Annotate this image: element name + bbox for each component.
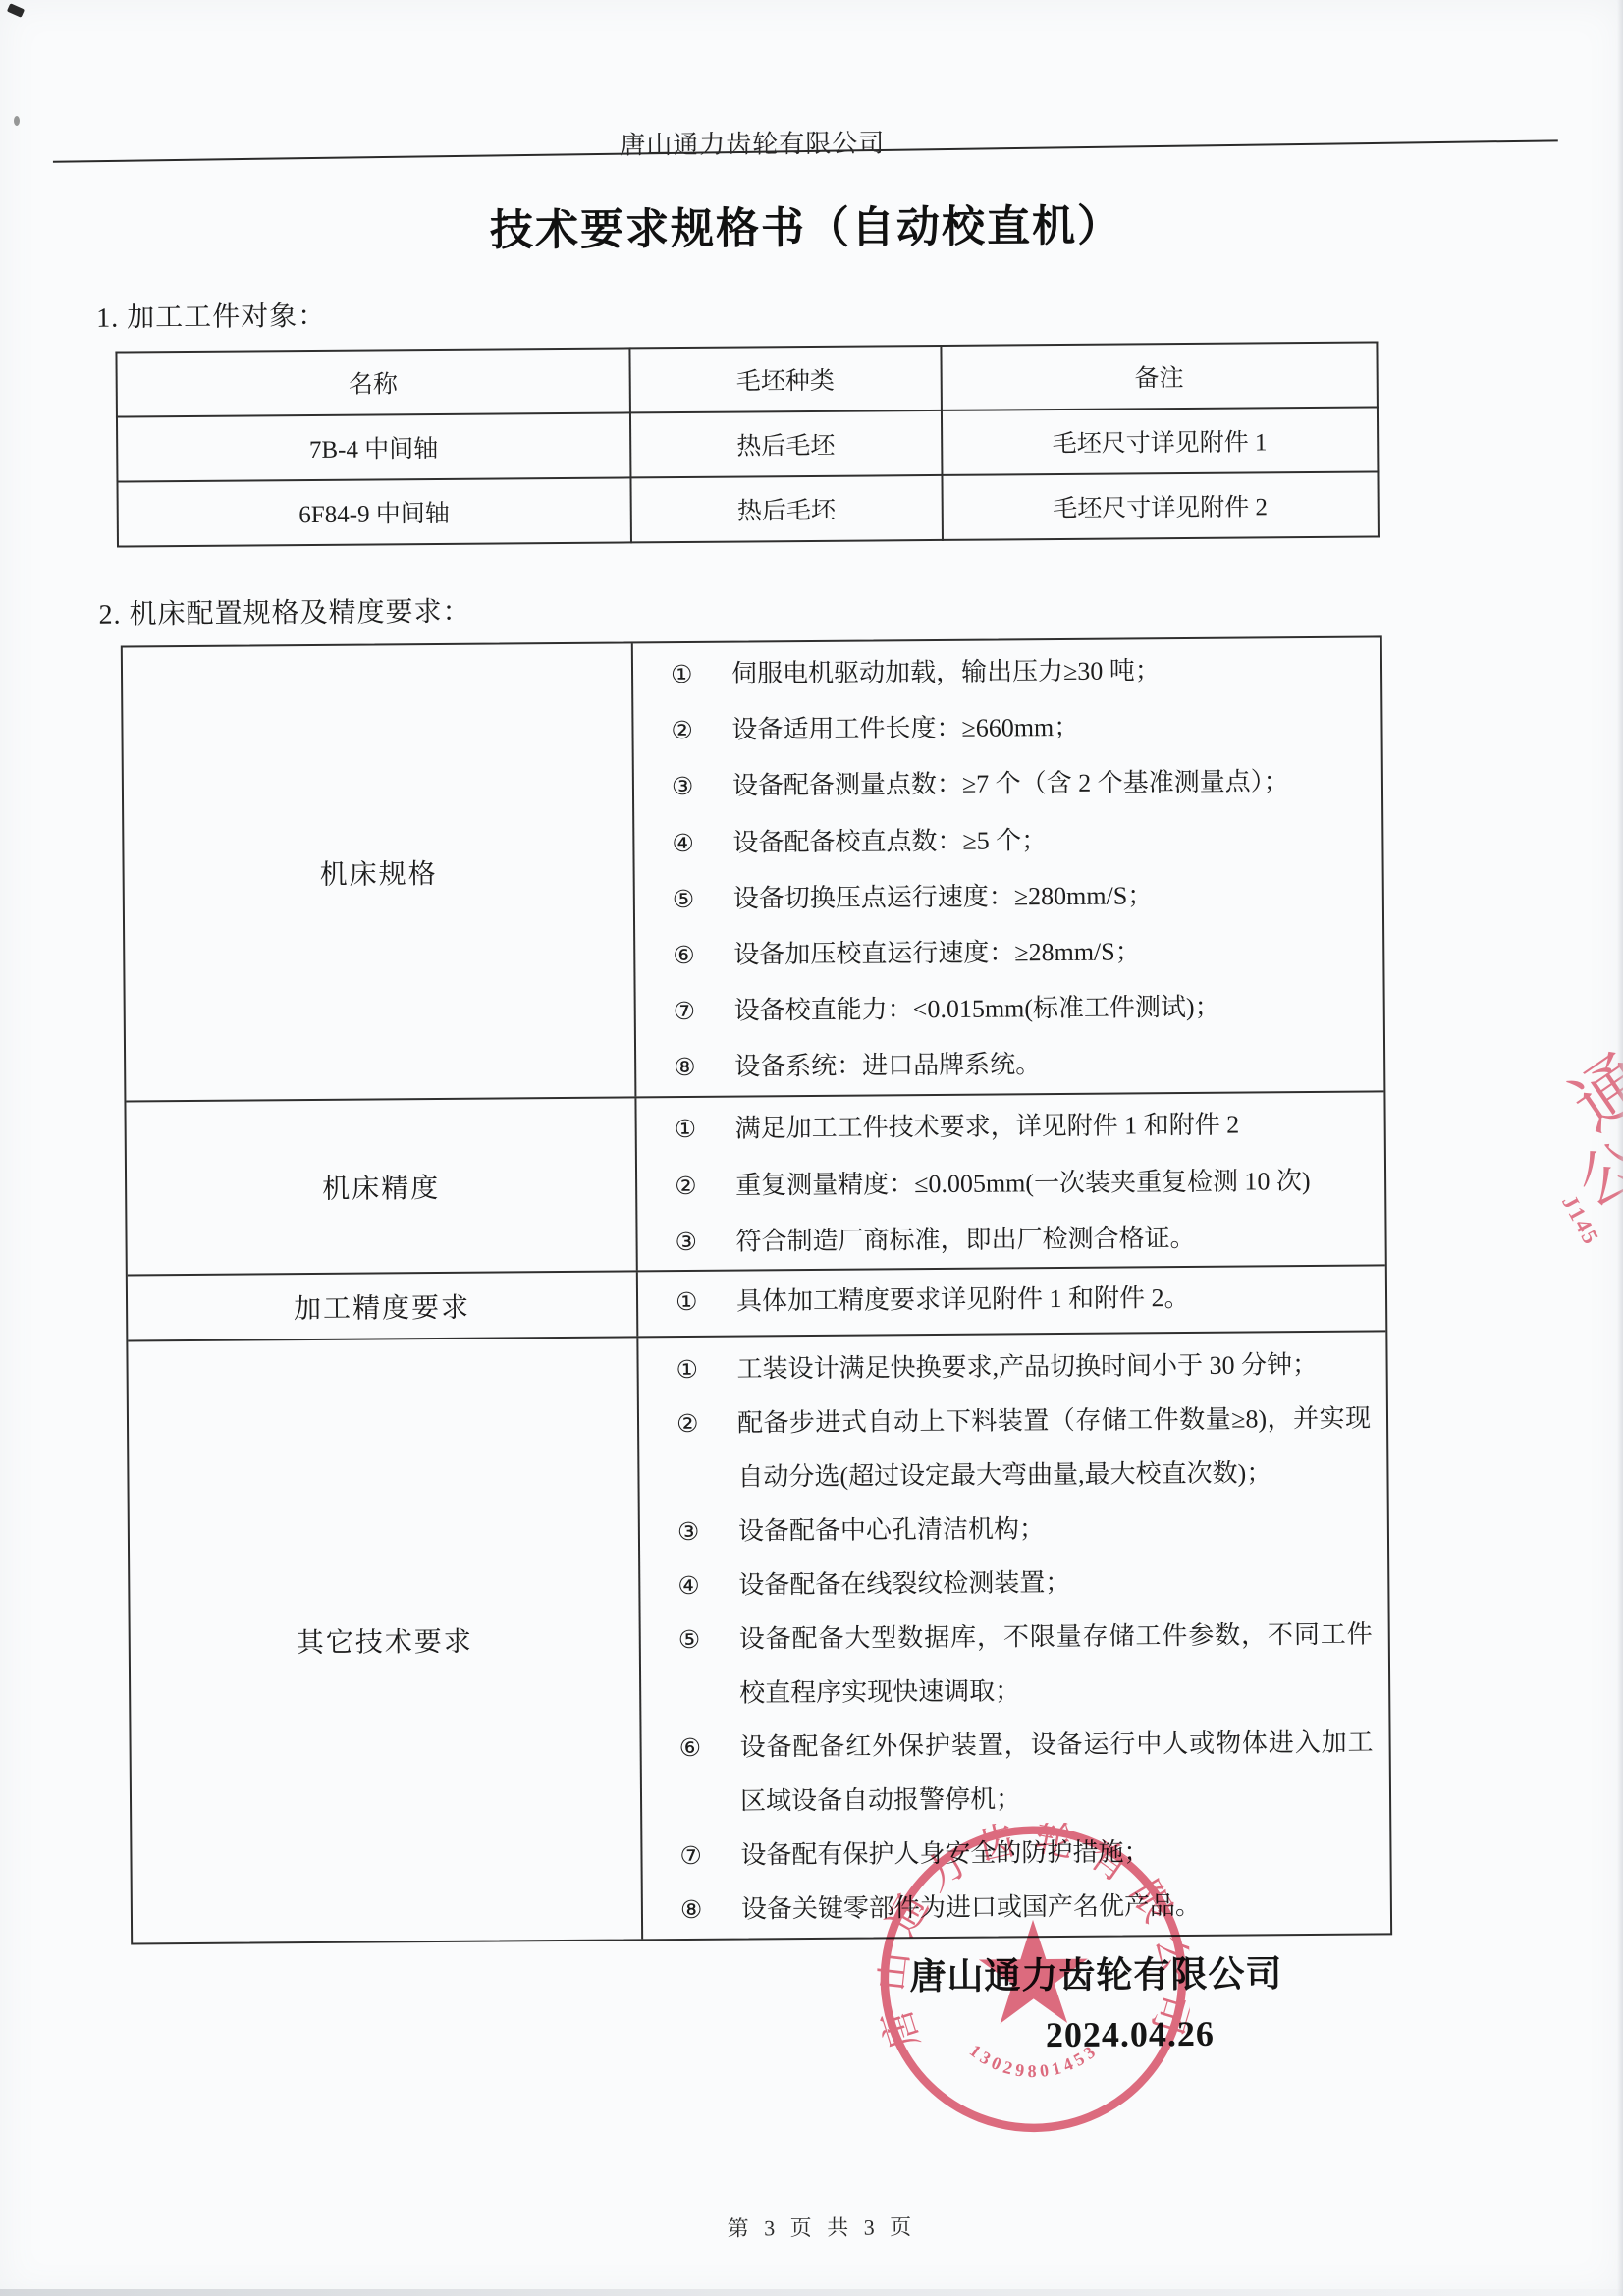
col-header-blank-type: 毛坯种类 xyxy=(629,346,942,412)
item-text: 设备配备中心孔清洁机构； xyxy=(738,1514,1045,1545)
item-text: 具体加工精度要求详见附件 1 和附件 2。 xyxy=(736,1284,1190,1316)
item-number: ② xyxy=(671,702,693,758)
section2-heading: 2. 机床配置规格及精度要求： xyxy=(98,590,470,632)
spec-label: 其它技术要求 xyxy=(128,1338,643,1942)
item-text: 设备配备红外保护装置，设备运行中人或物体进入加工区域设备自动报警停机； xyxy=(740,1728,1374,1816)
page-number-footer: 第 3 页 共 3 页 xyxy=(10,2205,1623,2248)
spec-label: 机床精度 xyxy=(126,1098,637,1274)
spec-item: ④设备配备在线裂纹检测装置； xyxy=(640,1553,1387,1613)
spec-items: ①具体加工精度要求详见附件 1 和附件 2。 xyxy=(638,1266,1385,1336)
item-number: ⑤ xyxy=(673,871,695,927)
spec-item: ③设备配备测量点数：≥7 个（含 2 个基准测量点）； xyxy=(634,753,1381,815)
item-text: 设备校直能力：<0.015mm(标准工件测试)； xyxy=(734,993,1220,1025)
spec-item: ④设备配备校直点数：≥5 个； xyxy=(634,809,1381,871)
spec-row-machining-accuracy: 加工精度要求 ①具体加工精度要求详见附件 1 和附件 2。 xyxy=(128,1264,1385,1339)
table-row: 6F84-9 中间轴 热后毛坯 毛坯尺寸详见附件 2 xyxy=(117,471,1378,546)
item-number: ⑦ xyxy=(674,983,696,1039)
item-text: 设备配备在线裂纹检测装置； xyxy=(738,1568,1070,1600)
item-text: 配备步进式自动上下料装置（存储工件数量≥8)，并实现自动分选(超过设定最大弯曲量… xyxy=(737,1404,1371,1492)
spec-item: ①伺服电机驱动加载，输出压力≥30 吨； xyxy=(633,640,1380,702)
item-text: 设备系统：进口品牌系统。 xyxy=(734,1051,1041,1081)
cell-blank-type: 热后毛坯 xyxy=(630,410,943,477)
item-text: 设备切换压点运行速度：≥280mm/S； xyxy=(733,881,1154,912)
spec-item: ③符合制造厂商标准，即出厂检测合格证。 xyxy=(637,1208,1384,1270)
scan-bottom-edge xyxy=(0,2289,1623,2296)
cell-name: 7B-4 中间轴 xyxy=(117,412,630,481)
item-number: ③ xyxy=(677,1504,700,1558)
item-number: ④ xyxy=(672,815,694,871)
item-text: 设备加压校直运行速度：≥28mm/S； xyxy=(733,937,1141,968)
item-text: 符合制造厂商标准，即出厂检测合格证。 xyxy=(735,1224,1195,1256)
item-number: ⑥ xyxy=(673,927,695,983)
item-text: 工装设计满足快换要求,产品切换时间小于 30 分钟； xyxy=(736,1350,1318,1384)
spec-item: ①具体加工精度要求详见附件 1 和附件 2。 xyxy=(638,1266,1385,1333)
seal-serial-number: 13029801453 xyxy=(966,2040,1103,2082)
cell-remark: 毛坯尺寸详见附件 1 xyxy=(942,407,1379,474)
scanned-sheet: 唐山通力齿轮有限公司 技术要求规格书（自动校直机） 1. 加工工件对象： 名称 … xyxy=(0,0,1623,2296)
spec-item: ②设备适用工件长度：≥660mm； xyxy=(633,697,1380,759)
edge-stamp-fragment: 通 公 J145 xyxy=(0,0,1616,7)
item-number: ① xyxy=(674,1101,696,1158)
item-text: 伺服电机驱动加载，输出压力≥30 吨； xyxy=(731,656,1161,687)
item-text: 重复测量精度：≤0.005mm(一次装夹重复检测 10 次) xyxy=(735,1167,1311,1200)
section1-heading: 1. 加工工件对象： xyxy=(96,295,326,336)
workpiece-table-header-row: 名称 毛坯种类 备注 xyxy=(116,342,1377,416)
spec-label: 机床规格 xyxy=(123,643,637,1100)
col-header-name: 名称 xyxy=(116,348,629,416)
scan-right-edge xyxy=(1617,0,1623,2296)
item-number: ⑥ xyxy=(678,1721,701,1775)
seal-star-icon xyxy=(979,1919,1089,2023)
spec-item: ⑥设备配备红外保护装置，设备运行中人或物体进入加工区域设备自动报警停机； xyxy=(641,1715,1389,1829)
item-number: ④ xyxy=(677,1558,700,1613)
spec-items: ①伺服电机驱动加载，输出压力≥30 吨； ②设备适用工件长度：≥660mm； ③… xyxy=(633,637,1384,1096)
item-number: ⑧ xyxy=(674,1039,696,1095)
workpiece-table: 名称 毛坯种类 备注 7B-4 中间轴 热后毛坯 毛坯尺寸详见附件 1 6F84… xyxy=(115,341,1380,547)
spec-label: 加工精度要求 xyxy=(128,1272,638,1339)
item-text: 设备适用工件长度：≥660mm； xyxy=(731,713,1079,744)
spec-table: 机床规格 ①伺服电机驱动加载，输出压力≥30 吨； ②设备适用工件长度：≥660… xyxy=(121,635,1392,1944)
spec-item: ②配备步进式自动上下料装置（存储工件数量≥8)，并实现自动分选(超过设定最大弯曲… xyxy=(639,1391,1387,1504)
item-number: ⑧ xyxy=(680,1883,703,1937)
spec-item: ①工装设计满足快换要求,产品切换时间小于 30 分钟； xyxy=(638,1337,1385,1396)
cell-remark: 毛坯尺寸详见附件 2 xyxy=(942,471,1379,539)
spec-row-machine-accuracy: 机床精度 ①满足加工工件技术要求，详见附件 1 和附件 2 ②重复测量精度：≤0… xyxy=(126,1090,1384,1274)
spec-item: ⑥设备加压校直运行速度：≥28mm/S； xyxy=(635,921,1382,983)
item-text: 满足加工工件技术要求，详见附件 1 和附件 2 xyxy=(735,1111,1240,1143)
item-text: 设备配备校直点数：≥5 个； xyxy=(732,826,1047,857)
spec-row-other-requirements: 其它技术要求 ①工装设计满足快换要求,产品切换时间小于 30 分钟； ②配备步进… xyxy=(128,1330,1390,1942)
col-header-remark: 备注 xyxy=(941,342,1378,410)
item-number: ② xyxy=(675,1157,697,1214)
item-number: ⑦ xyxy=(679,1829,702,1883)
spec-item: ②重复测量精度：≤0.005mm(一次装夹重复检测 10 次) xyxy=(637,1152,1384,1214)
spec-item: ③设备配备中心孔清洁机构； xyxy=(640,1499,1387,1558)
spec-item: ⑤设备配备大型数据库，不限量存储工件参数，不同工件校直程序实现快速调取； xyxy=(641,1607,1389,1721)
company-seal-stamp: 唐山通力齿轮有限公司 13029801453 xyxy=(876,1822,1190,2136)
item-text: 设备配备大型数据库，不限量存储工件参数，不同工件校直程序实现快速调取； xyxy=(739,1620,1373,1708)
cell-blank-type: 热后毛坯 xyxy=(630,475,943,542)
scan-speck xyxy=(14,116,20,126)
item-number: ① xyxy=(676,1272,698,1333)
spec-item: ⑧设备系统：进口品牌系统。 xyxy=(636,1034,1383,1096)
item-number: ② xyxy=(676,1396,699,1450)
item-number: ⑤ xyxy=(678,1613,701,1667)
item-text: 设备配备测量点数：≥7 个（含 2 个基准测量点）； xyxy=(732,768,1289,800)
spec-item: ①满足加工工件技术要求，详见附件 1 和附件 2 xyxy=(636,1095,1383,1157)
item-number: ① xyxy=(671,646,693,702)
item-number: ③ xyxy=(672,758,694,814)
spec-item: ⑦设备校直能力：<0.015mm(标准工件测试)； xyxy=(636,978,1383,1040)
item-number: ① xyxy=(676,1342,698,1396)
spec-row-machine-spec: 机床规格 ①伺服电机驱动加载，输出压力≥30 吨； ②设备适用工件长度：≥660… xyxy=(123,637,1384,1100)
table-row: 7B-4 中间轴 热后毛坯 毛坯尺寸详见附件 1 xyxy=(117,407,1378,481)
page-title: 技术要求规格书（自动校直机） xyxy=(0,187,1618,262)
cell-name: 6F84-9 中间轴 xyxy=(117,477,630,546)
document-page: 唐山通力齿轮有限公司 技术要求规格书（自动校直机） 1. 加工工件对象： 名称 … xyxy=(0,0,1623,2296)
item-number: ③ xyxy=(675,1214,697,1271)
spec-items: ①满足加工工件技术要求，详见附件 1 和附件 2 ②重复测量精度：≤0.005m… xyxy=(636,1092,1384,1270)
spec-item: ⑤设备切换压点运行速度：≥280mm/S； xyxy=(635,865,1382,927)
